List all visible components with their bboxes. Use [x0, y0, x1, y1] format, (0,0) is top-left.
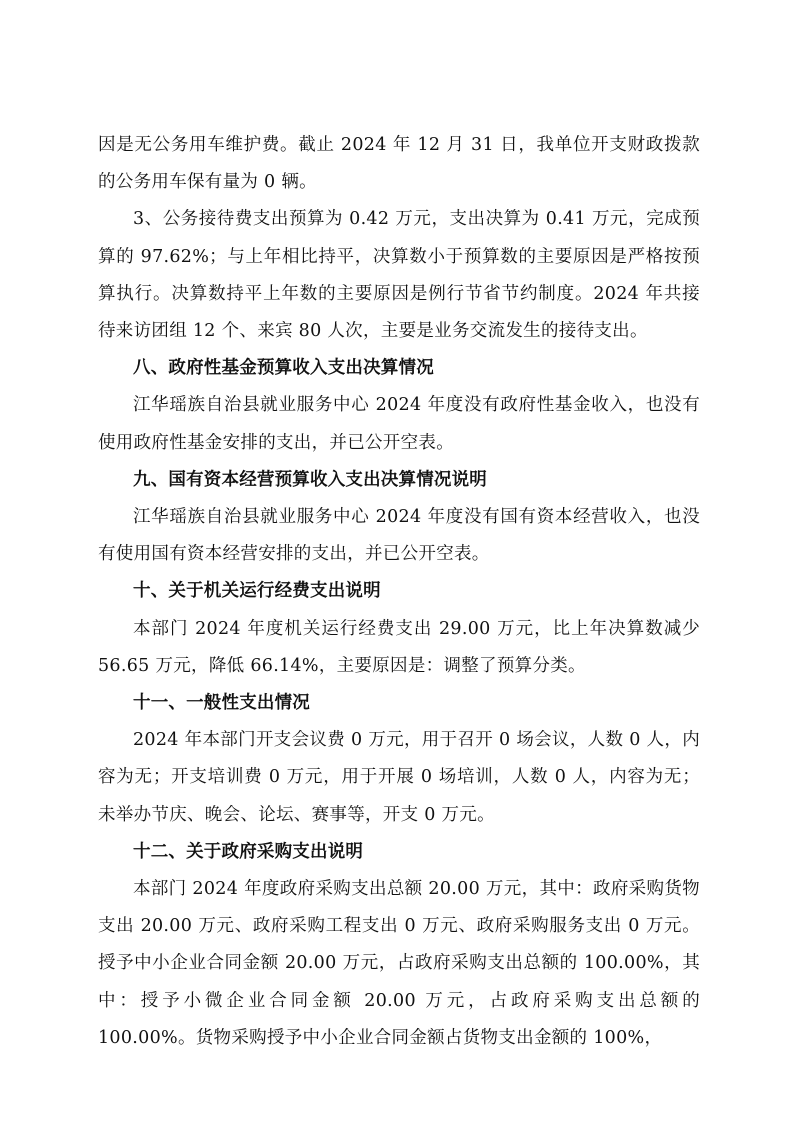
heading-section-9: 九、国有资本经营预算收入支出决算情况说明	[98, 462, 700, 499]
paragraph-vehicle-continued: 因是无公务用车维护费。截止 2024 年 12 月 31 日，我单位开支财政拨款…	[98, 127, 700, 201]
document-page: 因是无公务用车维护费。截止 2024 年 12 月 31 日，我单位开支财政拨款…	[98, 127, 700, 1057]
paragraph-operating-expense: 本部门 2024 年度机关运行经费支出 29.00 万元，比上年决算数减少 56…	[98, 611, 700, 685]
paragraph-reception-expense: 3、公务接待费支出预算为 0.42 万元，支出决算为 0.41 万元，完成预算的…	[98, 201, 700, 350]
paragraph-procurement: 本部门 2024 年度政府采购支出总额 20.00 万元，其中：政府采购货物支出…	[98, 871, 700, 1057]
heading-section-12: 十二、关于政府采购支出说明	[98, 834, 700, 871]
paragraph-general-expense: 2024 年本部门开支会议费 0 万元，用于召开 0 场会议，人数 0 人，内容…	[98, 722, 700, 834]
heading-section-11: 十一、一般性支出情况	[98, 685, 700, 722]
heading-section-8: 八、政府性基金预算收入支出决算情况	[98, 350, 700, 387]
paragraph-government-fund: 江华瑶族自治县就业服务中心 2024 年度没有政府性基金收入，也没有使用政府性基…	[98, 387, 700, 461]
heading-section-10: 十、关于机关运行经费支出说明	[98, 573, 700, 610]
paragraph-state-capital: 江华瑶族自治县就业服务中心 2024 年度没有国有资本经营收入，也没有使用国有资…	[98, 499, 700, 573]
